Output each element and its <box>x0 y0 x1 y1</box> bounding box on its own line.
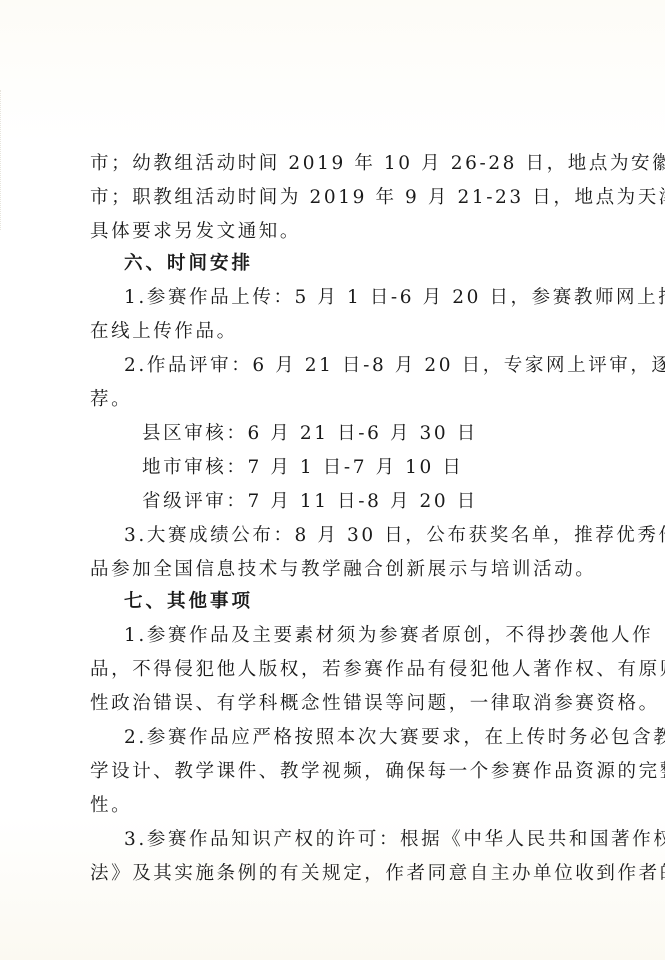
review-stage-city: 地市审核：7 月 1 日-7 月 10 日 <box>142 456 647 480</box>
scan-edge-artifact <box>0 90 7 230</box>
review-stage-province: 省级评审：7 月 11 日-8 月 20 日 <box>142 490 647 514</box>
review-stage-county: 县区审核：6 月 21 日-6 月 30 日 <box>142 422 647 446</box>
schedule-item-1-line: 1.参赛作品上传：5 月 1 日-6 月 20 日，参赛教师网上报名、 <box>124 286 595 310</box>
paragraph-line: 市；幼教组活动时间 2019 年 10 月 26-28 日，地点为安徽省合肥 <box>90 152 595 176</box>
other-item-2-line: 学设计、教学课件、教学视频，确保每一个参赛作品资源的完整 <box>90 760 595 784</box>
other-item-1-line: 性政治错误、有学科概念性错误等问题，一律取消参赛资格。 <box>90 692 595 716</box>
other-item-3-line: 3.参赛作品知识产权的许可：根据《中华人民共和国著作权 <box>124 828 595 852</box>
document-page: 市；幼教组活动时间 2019 年 10 月 26-28 日，地点为安徽省合肥 市… <box>0 0 665 960</box>
section-heading-schedule: 六、时间安排 <box>124 252 629 276</box>
paragraph-line: 具体要求另发文通知。 <box>90 220 595 244</box>
schedule-item-3-line: 3.大赛成绩公布：8 月 30 日，公布获奖名单，推荐优秀作 <box>124 524 595 548</box>
section-heading-other-matters: 七、其他事项 <box>124 590 629 614</box>
paragraph-line: 市；职教组活动时间为 2019 年 9 月 21-23 日，地点为天津市。 <box>90 186 588 210</box>
other-item-1-line: 品，不得侵犯他人版权，若参赛作品有侵犯他人著作权、有原则 <box>90 658 595 682</box>
schedule-item-1-line: 在线上传作品。 <box>90 320 595 344</box>
other-item-2-line: 2.参赛作品应严格按照本次大赛要求，在上传时务必包含教 <box>124 726 595 750</box>
schedule-item-3-line: 品参加全国信息技术与教学融合创新展示与培训活动。 <box>90 558 595 582</box>
other-item-3-line: 法》及其实施条例的有关规定，作者同意自主办单位收到作者的 <box>90 862 595 886</box>
schedule-item-2-line: 荐。 <box>90 388 595 412</box>
schedule-item-2-line: 2.作品评审：6 月 21 日-8 月 20 日，专家网上评审，逐级推 <box>124 354 595 378</box>
other-item-1-line: 1.参赛作品及主要素材须为参赛者原创，不得抄袭他人作 <box>124 624 595 648</box>
other-item-2-line: 性。 <box>90 794 595 818</box>
